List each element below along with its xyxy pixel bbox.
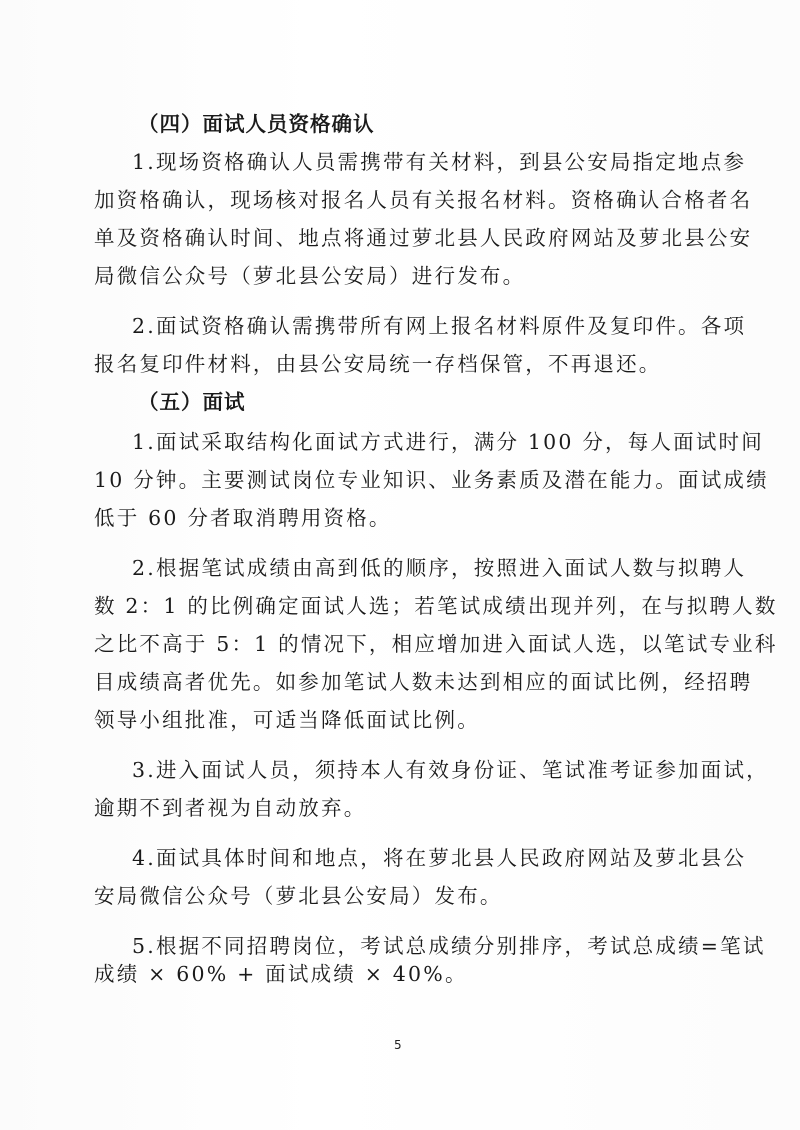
paragraph-line: 5.根据不同招聘岗位，考试总成绩分别排序，考试总成绩=笔试 xyxy=(132,934,720,958)
paragraph-line: 单及资格确认时间、地点将通过萝北县人民政府网站及萝北县公安 xyxy=(94,226,720,250)
paragraph-line: 安局微信公众号（萝北县公安局）发布。 xyxy=(94,884,720,908)
paragraph-line: 低于 60 分者取消聘用资格。 xyxy=(94,506,720,530)
paragraph-line: 目成绩高者优先。如参加笔试人数未达到相应的面试比例，经招聘 xyxy=(94,670,720,694)
paragraph-line: 领导小组批准，可适当降低面试比例。 xyxy=(94,708,720,732)
paragraph-line: 数 2：1 的比例确定面试人选；若笔试成绩出现并列，在与拟聘人数 xyxy=(94,594,720,618)
paragraph-line: 1.现场资格确认人员需携带有关材料，到县公安局指定地点参 xyxy=(132,150,720,174)
paragraph-line: 4.面试具体时间和地点，将在萝北县人民政府网站及萝北县公 xyxy=(132,846,720,870)
paragraph-line: 10 分钟。主要测试岗位专业知识、业务素质及潜在能力。面试成绩 xyxy=(94,468,720,492)
paragraph-line: 3.进入面试人员，须持本人有效身份证、笔试准考证参加面试， xyxy=(132,758,720,782)
section-heading-interview: （五）面试 xyxy=(138,390,764,414)
paragraph-line: 成绩 × 60% + 面试成绩 × 40%。 xyxy=(94,962,720,986)
paragraph-line: 之比不高于 5：1 的情况下，相应增加进入面试人选，以笔试专业科 xyxy=(94,632,720,656)
document-page: （四）面试人员资格确认 1.现场资格确认人员需携带有关材料，到县公安局指定地点参… xyxy=(0,0,800,1130)
paragraph-line: 逾期不到者视为自动放弃。 xyxy=(94,796,720,820)
paragraph-line: 1.面试采取结构化面试方式进行，满分 100 分，每人面试时间 xyxy=(132,430,720,454)
page-number: 5 xyxy=(394,1038,402,1052)
paragraph-line: 报名复印件材料，由县公安局统一存档保管，不再退还。 xyxy=(94,352,720,376)
section-heading-qualification: （四）面试人员资格确认 xyxy=(138,112,764,136)
paragraph-line: 局微信公众号（萝北县公安局）进行发布。 xyxy=(94,264,720,288)
paragraph-line: 加资格确认，现场核对报名人员有关报名材料。资格确认合格者名 xyxy=(94,188,720,212)
paragraph-line: 2.面试资格确认需携带所有网上报名材料原件及复印件。各项 xyxy=(132,314,720,338)
paragraph-line: 2.根据笔试成绩由高到低的顺序，按照进入面试人数与拟聘人 xyxy=(132,556,720,580)
